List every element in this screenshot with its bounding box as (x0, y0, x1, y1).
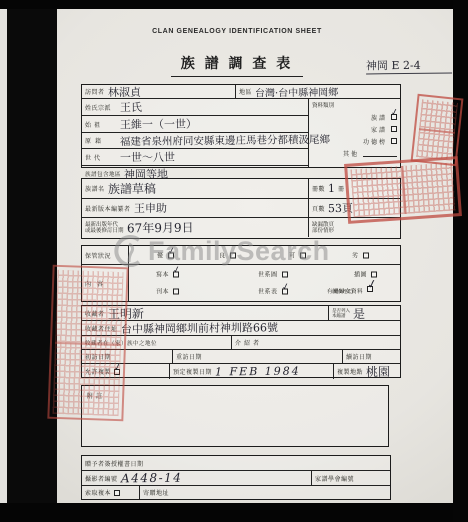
material-option: 族譜 ✓ (312, 111, 397, 123)
owner-address-value: 台中縣神岡鄉圳前村神圳路66號 (120, 319, 277, 337)
film-border-top (0, 0, 468, 9)
interviewer-label: 訪問者 (85, 87, 105, 96)
generations-value: 一世～八世 (120, 149, 175, 166)
first-ancestor-label: 始祖 (85, 120, 117, 129)
content-option-women-data: 有關婦女資料 （配偶姓氏） ✓ (327, 280, 373, 298)
genealogy-title-value: 族譜草稿 (107, 180, 155, 198)
area-label: 地區 (239, 87, 252, 96)
revisit-label: 重訪日期 (176, 352, 202, 361)
introducer-label: 介紹者 (235, 338, 262, 347)
survey-table: 訪問者 林淑貞 地區 台灣·台中縣神岡鄉 姓氏宗派 王氏 (81, 84, 401, 168)
content-option: 寫本 ✓ (156, 270, 179, 279)
table-body: 姓氏宗派 王氏 始祖 王維一（一世） 原籍 福建省泉州府同安縣東邊庄 (82, 99, 400, 167)
origin-label: 原籍 (85, 136, 117, 145)
coverage-label: 族譜包含地區 (85, 170, 121, 178)
volumes-suffix: 冊 (338, 184, 345, 193)
publish-date-value: 67年9月9日 (126, 219, 193, 237)
listed-value: 是 (353, 304, 365, 321)
content-option: 刊本 (156, 287, 179, 296)
checkbox: ✓ (168, 252, 174, 258)
interviewer-value: 林淑貞 (107, 83, 140, 99)
checkbox (230, 252, 236, 258)
follow-up-label: 續訪日期 (346, 352, 372, 361)
women-data-note: （配偶姓氏） (329, 289, 356, 295)
copy-location-value: 桃園 (366, 363, 390, 380)
checkbox: ✓ (173, 271, 179, 277)
form-title-wrap: 族 譜 調 查 表 (77, 53, 397, 77)
copy-location-label: 複製地點 (337, 367, 363, 376)
checkbox: ✓ (367, 286, 373, 292)
condition-label: 保管狀況 (85, 251, 111, 260)
donor-date-label: 贈予者簽授權書日期 (85, 459, 144, 468)
condition-option: 優 ✓ (157, 251, 174, 260)
first-ancestor-value: 王維一（一世） (120, 116, 197, 133)
missing-pages-label: 缺漏散頁 部份情形 (312, 222, 334, 234)
condition-option: 可 (289, 251, 306, 260)
checkbox: ✓ (391, 114, 397, 120)
checkbox (282, 271, 288, 277)
checkbox (391, 138, 397, 144)
blank-line (363, 150, 397, 157)
film-edge-strip (0, 8, 7, 504)
table-row: 訪問者 林淑貞 地區 台灣·台中縣神岡鄉 (82, 85, 400, 99)
scanned-document: CLAN GENEALOGY IDENTIFICATION SHEET 族 譜 … (0, 0, 468, 522)
photographer-no-value: A448-14 (120, 471, 182, 486)
red-seal-stamp-right-lower (344, 156, 462, 224)
form-english-title: CLAN GENEALOGY IDENTIFICATION SHEET (77, 28, 397, 35)
condition-table: 保管狀況 優 ✓ 良 可 劣 (81, 245, 401, 302)
checkbox (114, 490, 120, 496)
listed-label: 是否列入 本縮譜 (332, 308, 350, 318)
film-border-right (453, 0, 468, 522)
notes-box: 附註 (81, 385, 389, 447)
checkbox (363, 252, 369, 258)
volumes-label: 冊數 (312, 184, 325, 193)
generations-label: 世代 (85, 153, 117, 162)
content-option: 世系表 ✓ (258, 287, 288, 296)
condition-option: 良 (219, 251, 236, 260)
material-option-other: 其他 (312, 147, 397, 159)
checkbox (300, 252, 306, 258)
scheduled-copy-label: 預定複製日期 (173, 367, 212, 376)
area-value: 台灣·台中縣神岡鄉 (255, 84, 338, 100)
form-page: CLAN GENEALOGY IDENTIFICATION SHEET 族 譜 … (57, 9, 453, 503)
send-address-label: 寄贈地址 (143, 488, 169, 497)
filming-table: 贈予者簽授權書日期 攝影者編號 A448-14 家譜學會編號 索取複本 寄贈地 (81, 455, 391, 500)
checkbox: ✓ (282, 288, 288, 294)
surname-value: 王氏 (120, 99, 142, 115)
red-seal-stamp-left (47, 265, 128, 422)
volumes-value: 1 (328, 182, 335, 195)
checkbox (173, 288, 179, 294)
pages-label: 頁數 (312, 204, 325, 213)
condition-option: 劣 (352, 251, 369, 260)
publish-date-label: 最新出版年代 或最後修訂日期 (85, 222, 124, 234)
film-border-bottom (0, 503, 468, 522)
owner-table: 收藏者 王明新 是否列入 本縮譜 是 收藏者住址 台中縣神岡鄉圳前村神圳路66號 (81, 305, 401, 378)
content-option: 世系圖 (258, 270, 288, 279)
photographer-no-label: 攝影者編號 (85, 474, 118, 483)
form-title: 族 譜 調 查 表 (171, 53, 304, 77)
compiler-label: 最新版本編纂者 (85, 204, 131, 213)
material-type-header: 資料類別 (312, 101, 397, 109)
genealogy-title-label: 族譜名 (85, 184, 105, 193)
origin-value: 福建省泉州府同安縣東邊庄馬巷分都積汲尾鄉 (120, 132, 330, 149)
handwritten-film-annotation: 神岡 E 2-4 (366, 57, 452, 75)
scheduled-copy-value: 1 FEB 1984 (215, 365, 301, 379)
surname-label: 姓氏宗派 (85, 103, 117, 112)
compiler-value: 王申助 (133, 200, 166, 216)
checkbox (391, 126, 397, 132)
society-no-label: 家譜學會編號 (315, 474, 354, 483)
request-copy-label: 索取複本 (85, 488, 111, 497)
